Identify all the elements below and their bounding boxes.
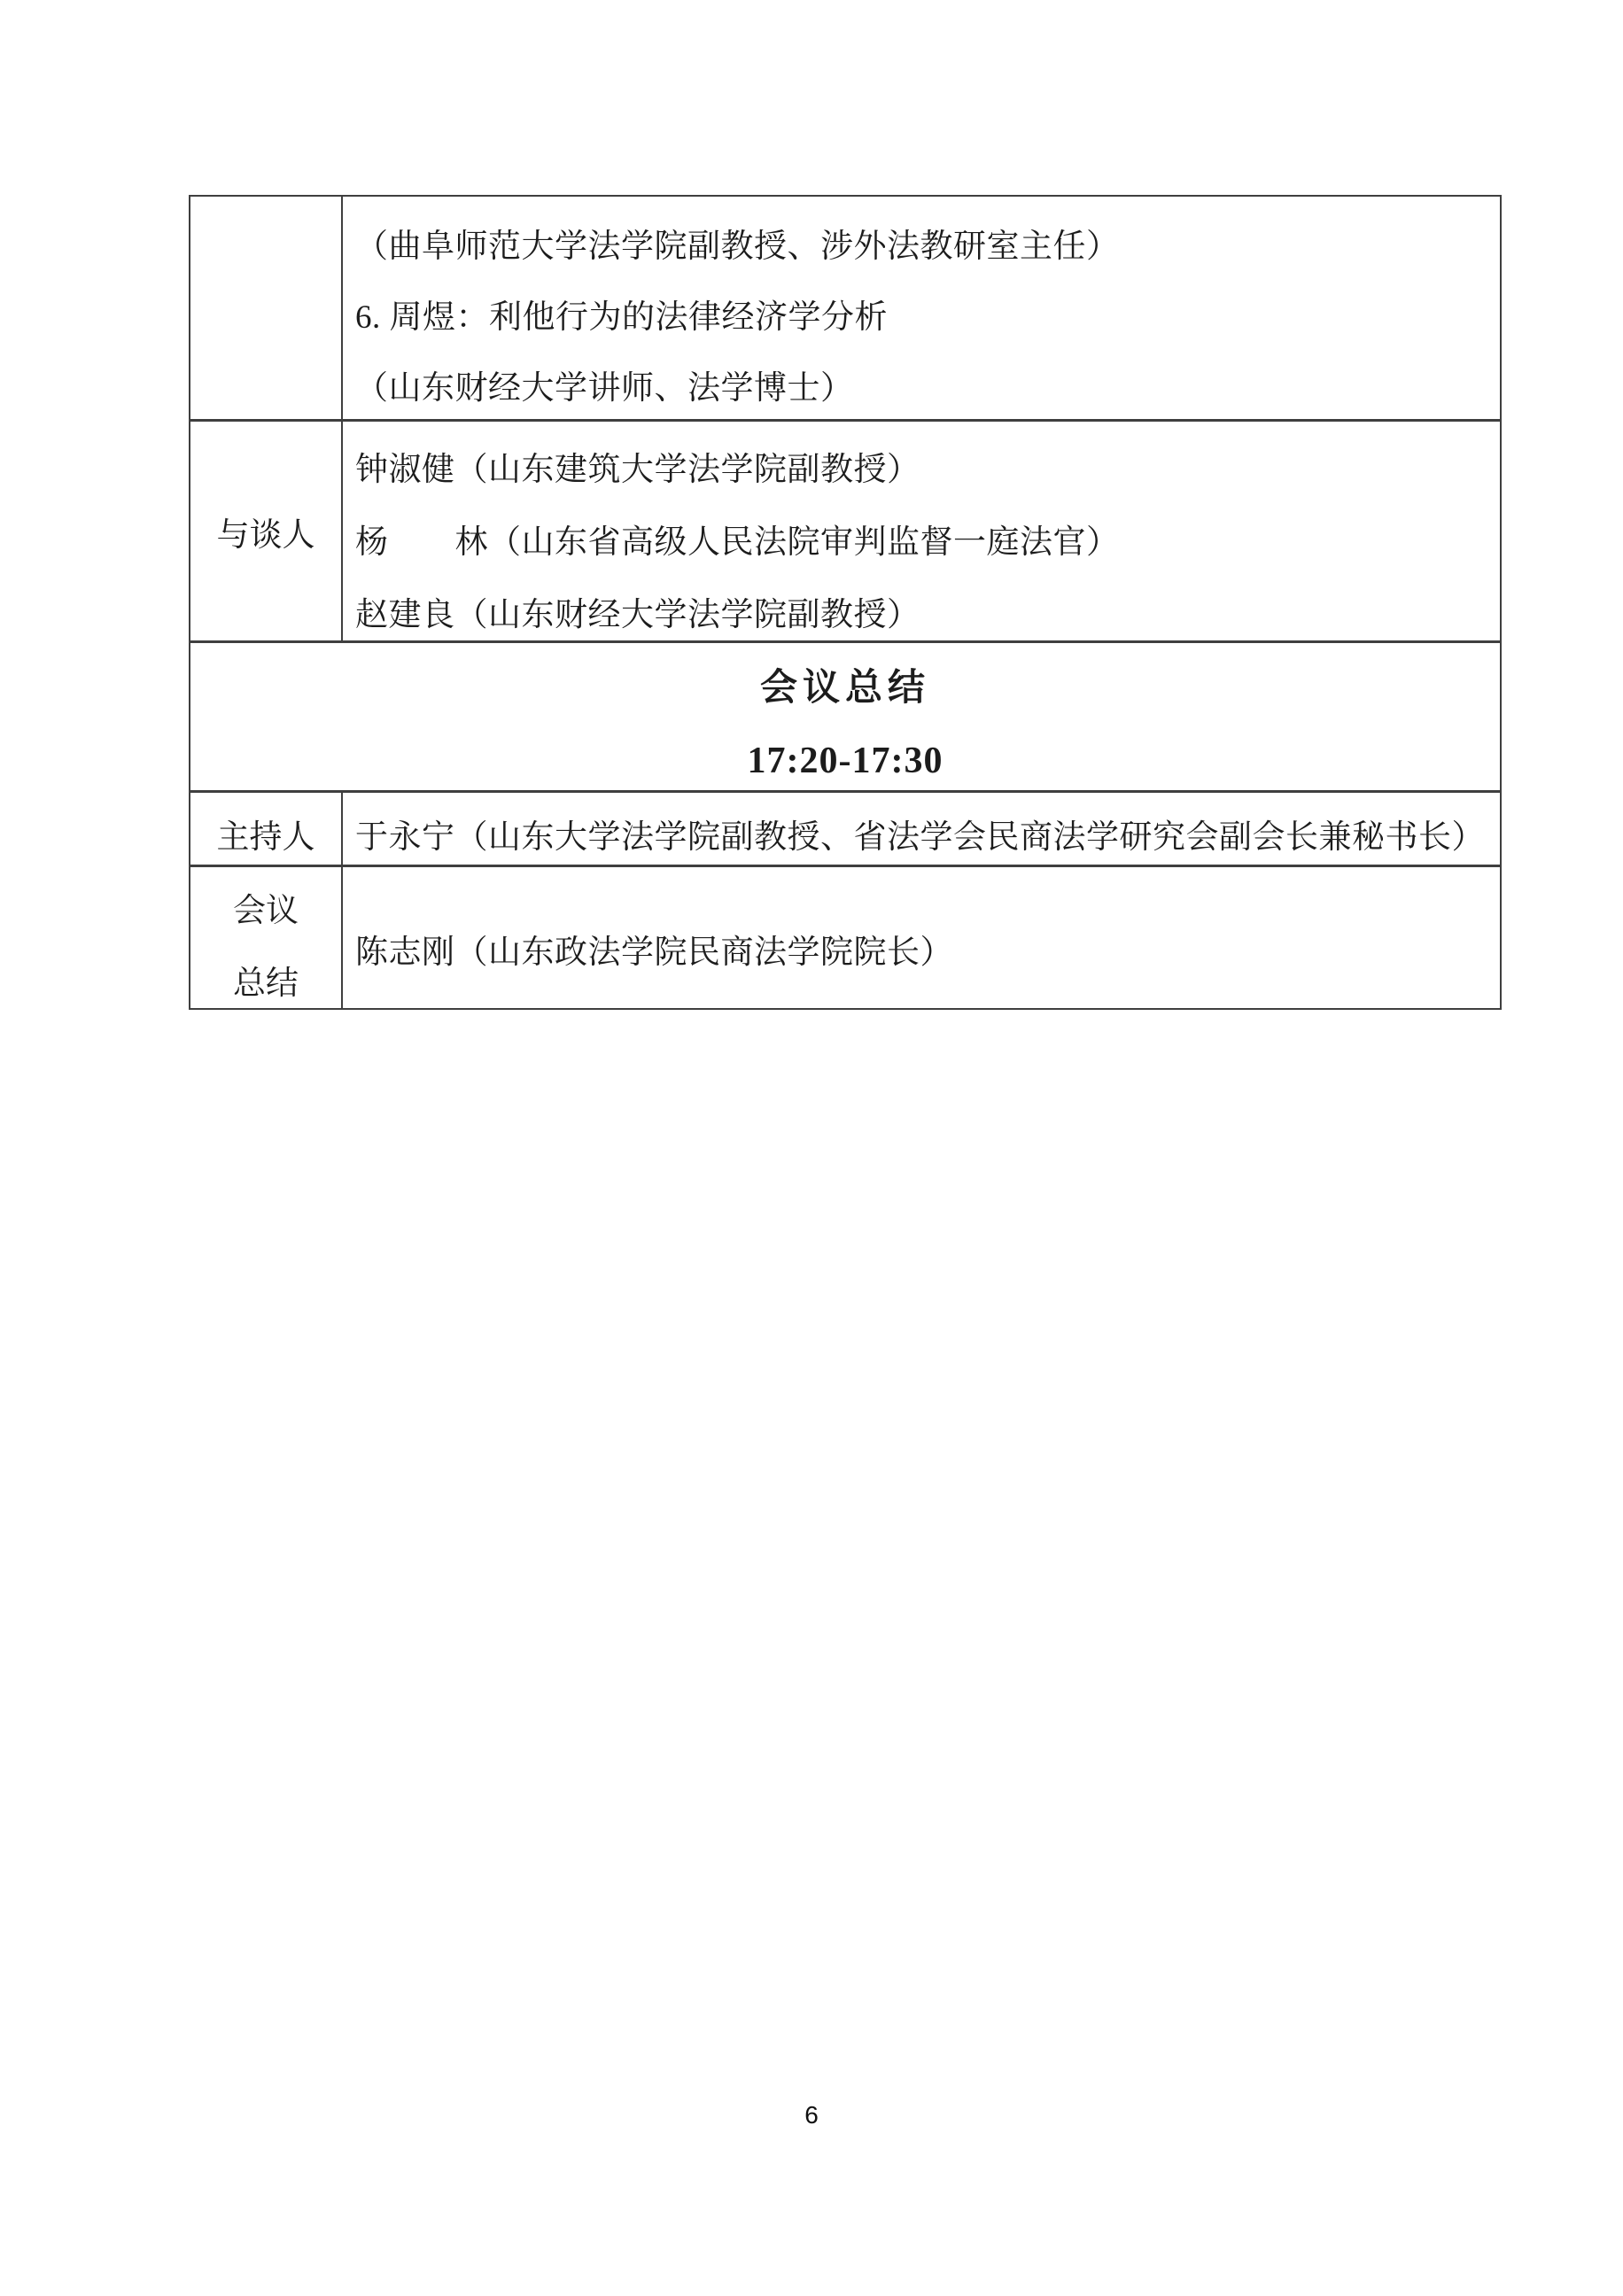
row-label-line: 总结 — [190, 948, 341, 1020]
table-row-continued-items: （曲阜师范大学法学院副教授、涉外法教研室主任） 6. 周煜：利他行为的法律经济学… — [190, 197, 1500, 419]
agenda-table: （曲阜师范大学法学院副教授、涉外法教研室主任） 6. 周煜：利他行为的法律经济学… — [189, 195, 1502, 1010]
discussant-line: 赵建良（山东财经大学法学院副教授） — [355, 579, 1500, 640]
affiliation-line: （山东财经大学讲师、法学博士） — [355, 353, 1500, 419]
table-row-discussants: 与谈人 钟淑健（山东建筑大学法学院副教授） 杨 林（山东省高级人民法院审判监督一… — [190, 419, 1500, 640]
content-cell-summary: 陈志刚（山东政法学院民商法学院院长） — [343, 867, 1500, 1008]
discussant-line: 钟淑健（山东建筑大学法学院副教授） — [355, 434, 1500, 507]
label-cell-discussants: 与谈人 — [190, 422, 343, 640]
table-row-summary: 会议 总结 陈志刚（山东政法学院民商法学院院长） — [190, 865, 1500, 1008]
content-cell-moderator: 于永宁（山东大学法学院副教授、省法学会民商法学研究会副会长兼秘书长） — [343, 793, 1500, 865]
label-cell-empty — [190, 197, 343, 419]
label-cell-moderator: 主持人 — [190, 793, 343, 865]
label-cell-summary: 会议 总结 — [190, 867, 343, 1008]
row-label-line: 会议 — [190, 875, 341, 948]
discussant-line: 杨 林（山东省高级人民法院审判监督一庭法官） — [355, 507, 1500, 579]
table-row-moderator: 主持人 于永宁（山东大学法学院副教授、省法学会民商法学研究会副会长兼秘书长） — [190, 790, 1500, 865]
summary-speaker-line: 陈志刚（山东政法学院民商法学院院长） — [355, 925, 953, 973]
content-cell-discussants: 钟淑健（山东建筑大学法学院副教授） 杨 林（山东省高级人民法院审判监督一庭法官）… — [343, 422, 1500, 640]
row-label: 主持人 — [190, 811, 341, 865]
session-time: 17:20-17:30 — [190, 725, 1500, 797]
page-number: 6 — [0, 2101, 1623, 2129]
document-page: （曲阜师范大学法学院副教授、涉外法教研室主任） 6. 周煜：利他行为的法律经济学… — [0, 0, 1623, 2296]
affiliation-line: （曲阜师范大学法学院副教授、涉外法教研室主任） — [355, 212, 1500, 283]
presentation-item: 6. 周煜：利他行为的法律经济学分析 — [355, 283, 1500, 353]
content-cell-session-items: （曲阜师范大学法学院副教授、涉外法教研室主任） 6. 周煜：利他行为的法律经济学… — [343, 197, 1500, 419]
table-row-session-header: 会议总结 17:20-17:30 — [190, 640, 1500, 790]
session-title: 会议总结 — [190, 652, 1500, 725]
moderator-line: 于永宁（山东大学法学院副教授、省法学会民商法学研究会副会长兼秘书长） — [355, 811, 1500, 865]
row-label: 与谈人 — [217, 508, 315, 555]
